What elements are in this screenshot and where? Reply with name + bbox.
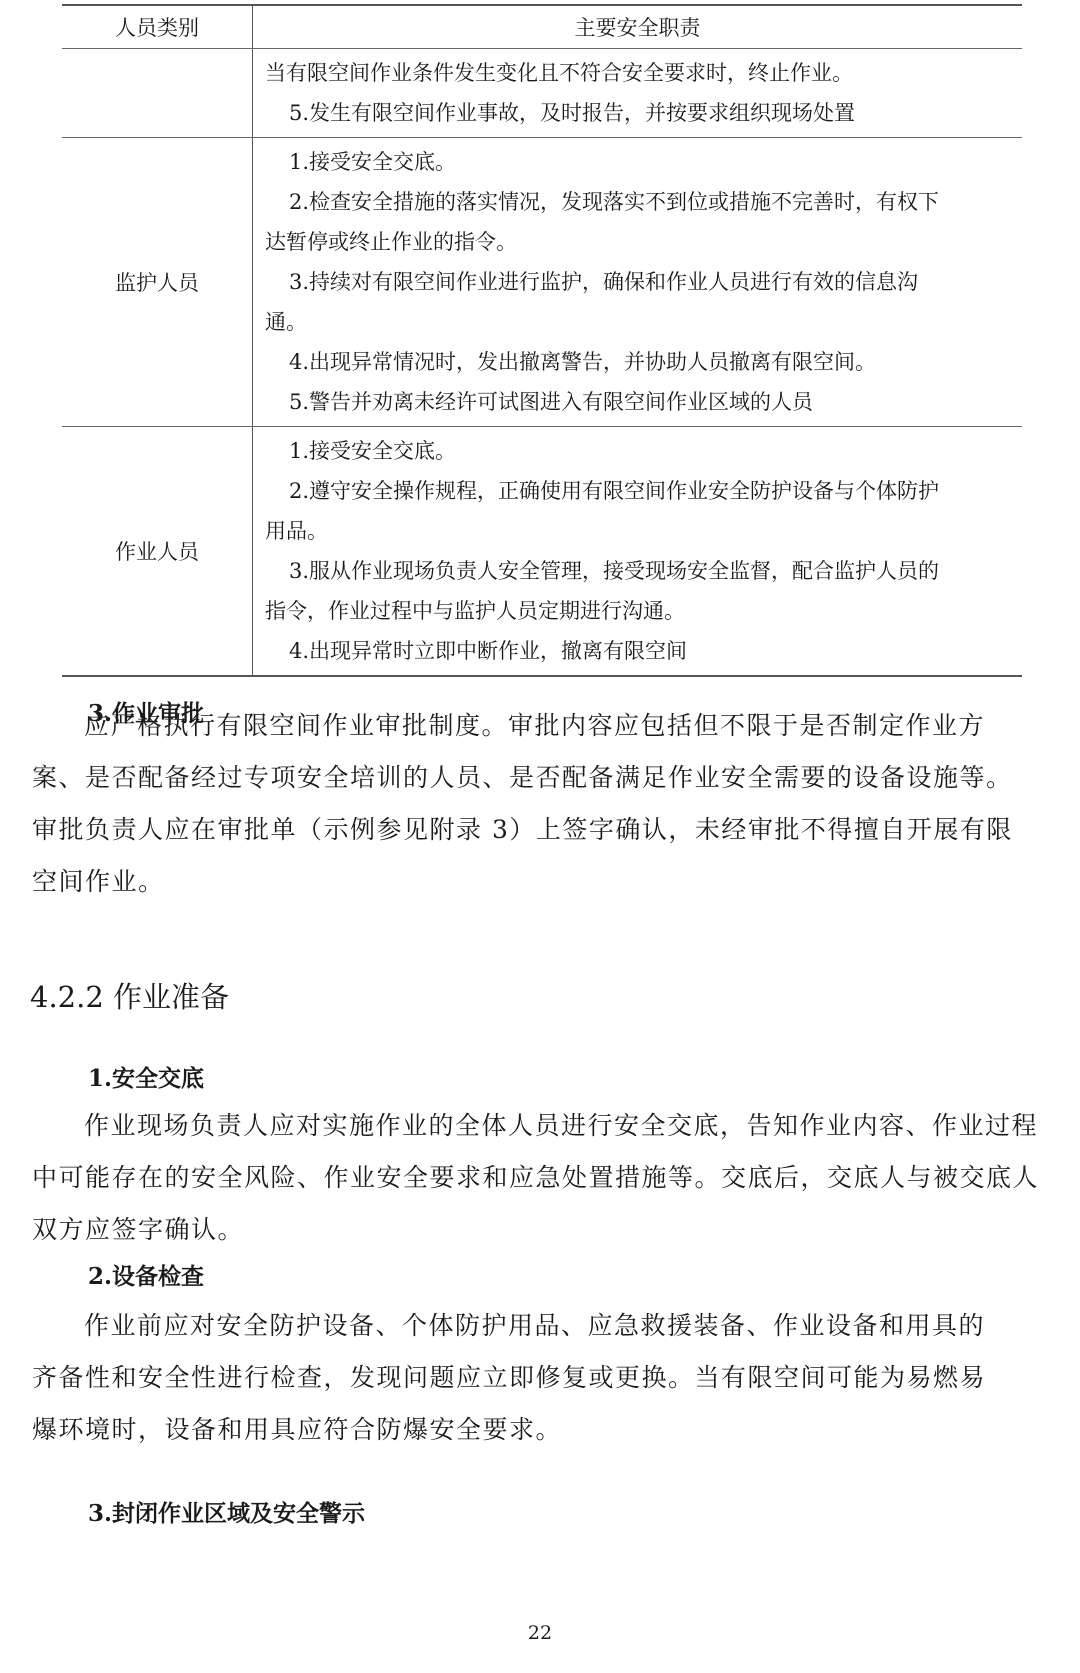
para-line: 爆环境时，设备和用具应符合防爆安全要求。 (32, 1404, 1052, 1456)
row-category: 作业人员 (62, 427, 253, 675)
row-duties: 1.接受安全交底。 2.检查安全措施的落实情况，发现落实不到位或措施不完善时，有… (253, 138, 1022, 426)
table-row: 作业人员 1.接受安全交底。 2.遵守安全操作规程，正确使用有限空间作业安全防护… (62, 427, 1022, 675)
duty-line: 4.出现异常时立即中断作业，撤离有限空间 (265, 631, 1012, 671)
briefing-heading: 1.安全交底 (88, 1060, 204, 1093)
table-row: 当有限空间作业条件发生变化且不符合安全要求时，终止作业。 5.发生有限空间作业事… (62, 49, 1022, 138)
duty-line: 用品。 (265, 511, 1012, 551)
page-number: 22 (0, 1622, 1080, 1644)
duty-line: 3.服从作业现场负责人安全管理，接受现场安全监督，配合监护人员的 (265, 551, 1012, 591)
duty-line: 1.接受安全交底。 (265, 142, 1012, 182)
duty-line: 通。 (265, 302, 1012, 342)
row-duties: 1.接受安全交底。 2.遵守安全操作规程，正确使用有限空间作业安全防护设备与个体… (253, 427, 1022, 675)
para-line: 双方应签字确认。 (32, 1204, 1052, 1256)
para-line: 空间作业。 (32, 856, 1052, 908)
duty-line: 4.出现异常情况时，发出撤离警告，并协助人员撤离有限空间。 (265, 342, 1012, 382)
duty-line: 5.警告并劝离未经许可试图进入有限空间作业区域的人员 (265, 382, 1012, 422)
table-row: 监护人员 1.接受安全交底。 2.检查安全措施的落实情况，发现落实不到位或措施不… (62, 138, 1022, 427)
para-line: 案、是否配备经过专项安全培训的人员、是否配备满足作业安全需要的设备设施等。 (32, 752, 1052, 804)
duty-line: 达暂停或终止作业的指令。 (265, 222, 1012, 262)
equipment-check-heading: 2.设备检查 (88, 1258, 204, 1291)
equipment-check-paragraph: 作业前应对安全防护设备、个体防护用品、应急救援装备、作业设备和用具的 齐备性和安… (32, 1300, 1052, 1456)
para-line: 应严格执行有限空间作业审批制度。审批内容应包括但不限于是否制定作业方 (32, 700, 1052, 752)
responsibility-table: 人员类别 主要安全职责 当有限空间作业条件发生变化且不符合安全要求时，终止作业。… (62, 4, 1022, 677)
briefing-paragraph: 作业现场负责人应对实施作业的全体人员进行安全交底，告知作业内容、作业过程 中可能… (32, 1100, 1052, 1256)
section-heading-4-2-2: 4.2.2 作业准备 (30, 975, 229, 1016)
duty-line: 当有限空间作业条件发生变化且不符合安全要求时，终止作业。 (265, 53, 1012, 93)
closure-heading: 3.封闭作业区域及安全警示 (88, 1495, 365, 1528)
para-line: 作业现场负责人应对实施作业的全体人员进行安全交底，告知作业内容、作业过程 (32, 1100, 1052, 1152)
row-category (62, 49, 253, 137)
duty-line: 2.遵守安全操作规程，正确使用有限空间作业安全防护设备与个体防护 (265, 471, 1012, 511)
para-line: 审批负责人应在审批单（示例参见附录 3）上签字确认，未经审批不得擅自开展有限 (32, 804, 1052, 856)
duty-line: 3.持续对有限空间作业进行监护，确保和作业人员进行有效的信息沟 (265, 262, 1012, 302)
duty-line: 指令，作业过程中与监护人员定期进行沟通。 (265, 591, 1012, 631)
row-category: 监护人员 (62, 138, 253, 426)
duty-line: 5.发生有限空间作业事故，及时报告，并按要求组织现场处置 (265, 93, 1012, 133)
approval-paragraph: 应严格执行有限空间作业审批制度。审批内容应包括但不限于是否制定作业方 案、是否配… (32, 700, 1052, 908)
para-line: 中可能存在的安全风险、作业安全要求和应急处置措施等。交底后，交底人与被交底人 (32, 1152, 1052, 1204)
duty-line: 2.检查安全措施的落实情况，发现落实不到位或措施不完善时，有权下 (265, 182, 1012, 222)
table-header: 人员类别 主要安全职责 (62, 6, 1022, 49)
header-category: 人员类别 (62, 6, 253, 48)
para-line: 作业前应对安全防护设备、个体防护用品、应急救援装备、作业设备和用具的 (32, 1300, 1052, 1352)
header-duties: 主要安全职责 (253, 6, 1022, 48)
row-duties: 当有限空间作业条件发生变化且不符合安全要求时，终止作业。 5.发生有限空间作业事… (253, 49, 1022, 137)
duty-line: 1.接受安全交底。 (265, 431, 1012, 471)
para-line: 齐备性和安全性进行检查，发现问题应立即修复或更换。当有限空间可能为易燃易 (32, 1352, 1052, 1404)
